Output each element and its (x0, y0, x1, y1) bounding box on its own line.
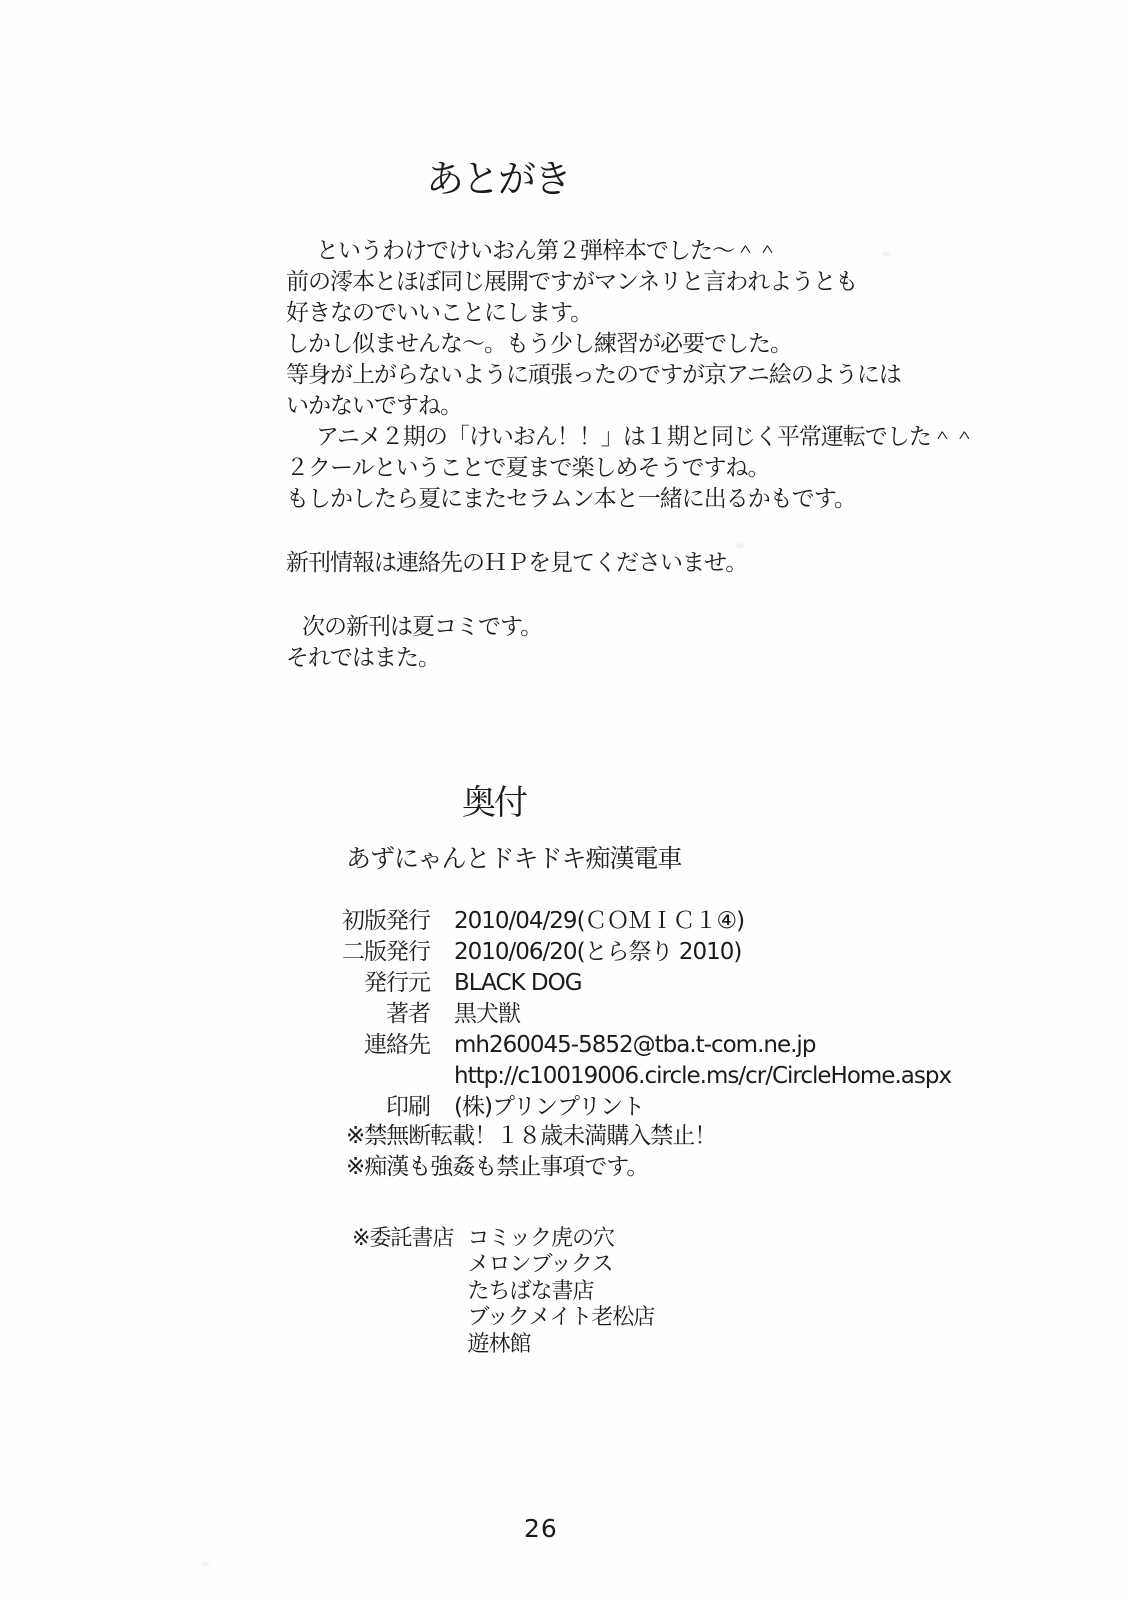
afterword-line: もしかしたら夏にまたセラムン本と一緒に出るかもです。 (286, 484, 975, 515)
store-item: たちばな書店 (467, 1279, 654, 1305)
colophon-label: 印刷 (280, 1092, 430, 1123)
colophon-value: 2010/04/29(ＣＯＭＩＣ１④) (454, 906, 744, 937)
scanned-afterword-page: あとがき というわけでけいおん第２弾梓本でした～＾＾ 前の澪本とほぼ同じ展開です… (0, 0, 1128, 1600)
colophon-row: 二版発行 2010/06/20(とら祭り 2010) (280, 937, 951, 968)
afterword-line: アニメ２期の「けいおん！！」は１期と同じく平常運転でした＾＾ (286, 422, 975, 453)
notice-line: ※痴漢も強姦も禁止事項です。 (346, 1152, 716, 1183)
scan-artifact (202, 1562, 209, 1566)
colophon-row: 連絡先 mh260045-5852@tba.t-com.ne.jp (280, 1030, 951, 1061)
colophon-label: 二版発行 (280, 937, 430, 968)
colophon-row: 印刷 (株)プリンプリント (280, 1092, 951, 1123)
colophon-row: 著者 黒犬獣 (280, 999, 951, 1030)
store-item: ブックメイト老松店 (467, 1305, 654, 1331)
afterword-line: 前の澪本とほぼ同じ展開ですがマンネリと言われようとも (286, 267, 975, 298)
page-number: 26 (524, 1514, 558, 1543)
store-list: コミック虎の穴 メロンブックス たちばな書店 ブックメイト老松店 遊林館 (467, 1226, 654, 1358)
consignment-label: ※委託書店 (352, 1226, 453, 1358)
colophon-label (280, 1061, 430, 1092)
afterword-line: しかし似ませんな～。もう少し練習が必要でした。 (286, 329, 975, 360)
afterword-title: あとがき (426, 156, 570, 202)
colophon-email: mh260045-5852@tba.t-com.ne.jp (454, 1030, 815, 1061)
afterword-line: 次の新刊は夏コミです。 (286, 612, 542, 643)
store-item: 遊林館 (467, 1332, 654, 1358)
afterword-line: 新刊情報は連絡先のＨＰを見てくださいませ。 (286, 548, 747, 579)
notice-line: ※禁無断転載！１８歳未満購入禁止！ (346, 1121, 716, 1152)
scan-artifact (735, 543, 745, 548)
consignment-stores: ※委託書店 コミック虎の穴 メロンブックス たちばな書店 ブックメイト老松店 遊… (352, 1226, 654, 1358)
colophon-entries: 初版発行 2010/04/29(ＣＯＭＩＣ１④) 二版発行 2010/06/20… (280, 906, 951, 1123)
colophon-row: 初版発行 2010/04/29(ＣＯＭＩＣ１④) (280, 906, 951, 937)
store-item: メロンブックス (467, 1252, 654, 1278)
afterword-paragraph-1: というわけでけいおん第２弾梓本でした～＾＾ 前の澪本とほぼ同じ展開ですがマンネリ… (286, 236, 975, 515)
colophon-value: 黒犬獣 (454, 999, 520, 1030)
colophon-value: BLACK DOG (454, 968, 582, 999)
store-item: コミック虎の穴 (467, 1226, 654, 1252)
afterword-paragraph-2: 新刊情報は連絡先のＨＰを見てくださいませ。 (286, 548, 747, 579)
colophon-label: 発行元 (280, 968, 430, 999)
colophon-label: 初版発行 (280, 906, 430, 937)
colophon-notices: ※禁無断転載！１８歳未満購入禁止！ ※痴漢も強姦も禁止事項です。 (346, 1121, 716, 1183)
colophon-row: 発行元 BLACK DOG (280, 968, 951, 999)
book-title: あずにゃんとドキドキ痴漢電車 (346, 843, 682, 874)
scan-artifact (882, 252, 890, 256)
afterword-line: ２クールということで夏まで楽しめそうですね。 (286, 453, 975, 484)
colophon-value: 2010/06/20(とら祭り 2010) (454, 937, 741, 968)
afterword-line: それではまた。 (286, 643, 542, 674)
colophon-url: http://c10019006.circle.ms/cr/CircleHome… (454, 1061, 951, 1092)
colophon-label: 連絡先 (280, 1030, 430, 1061)
afterword-paragraph-3: 次の新刊は夏コミです。 それではまた。 (286, 612, 542, 674)
colophon-value: (株)プリンプリント (454, 1092, 644, 1123)
afterword-line: 好きなのでいいことにします。 (286, 298, 975, 329)
afterword-line: というわけでけいおん第２弾梓本でした～＾＾ (286, 236, 975, 267)
afterword-line: 等身が上がらないように頑張ったのですが京アニ絵のようには (286, 360, 975, 391)
colophon-row: http://c10019006.circle.ms/cr/CircleHome… (280, 1061, 951, 1092)
colophon-label: 著者 (280, 999, 430, 1030)
colophon-title: 奥付 (462, 782, 526, 824)
afterword-line: いかないですね。 (286, 391, 975, 422)
